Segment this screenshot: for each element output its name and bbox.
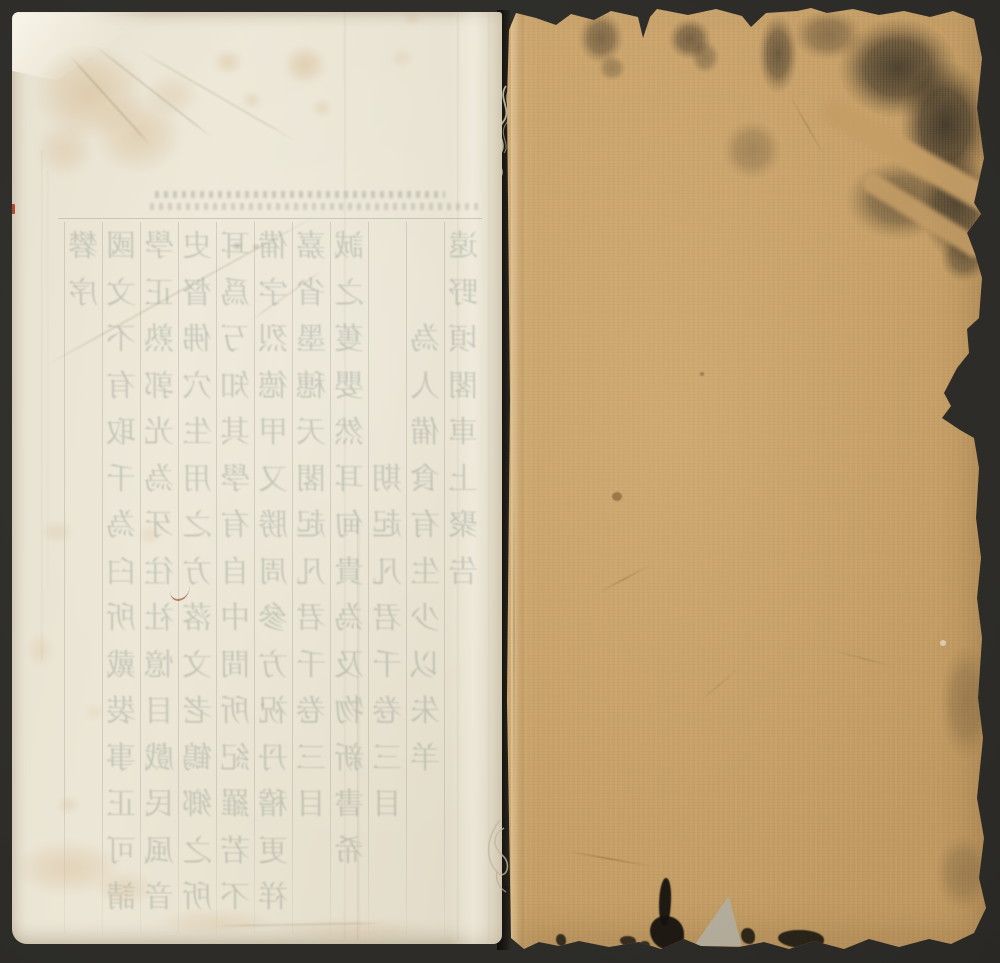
abrasion-band (859, 170, 988, 261)
foxing-stain (403, 12, 421, 25)
showthrough-character: 生 (407, 558, 443, 588)
showthrough-character: 之 (331, 279, 367, 309)
showthrough-character: 爲 (217, 279, 253, 309)
showthrough-character: 墨 (293, 325, 329, 355)
mottle-patch (940, 230, 988, 282)
showthrough-character: 方 (179, 558, 215, 588)
showthrough-character: 省 (293, 279, 329, 309)
showthrough-character: 告 (445, 558, 481, 588)
mottle-patch (758, 14, 798, 94)
showthrough-character: 紀 (217, 744, 253, 774)
showthrough-character: 甸 (331, 511, 367, 541)
showthrough-character: 方 (255, 651, 291, 681)
showthrough-character: 物 (331, 697, 367, 727)
foxing-stain (93, 95, 183, 175)
stain-dot (612, 492, 622, 501)
showthrough-character: 為 (407, 325, 443, 355)
showthrough-character: 老 (179, 697, 215, 727)
showthrough-character: 備 (407, 418, 443, 448)
showthrough-character: 貴 (331, 558, 367, 588)
mottle-patch (935, 835, 990, 910)
showthrough-character: 間 (217, 651, 253, 681)
showthrough-character: 取 (103, 418, 139, 448)
showthrough-character: 熟 (141, 325, 177, 355)
showthrough-character: 不 (217, 883, 253, 913)
showthrough-character: 羅 (217, 790, 253, 820)
showthrough-character: 目 (141, 697, 177, 727)
showthrough-character: 正 (141, 279, 177, 309)
showthrough-character: 正 (103, 790, 139, 820)
mottle-patch (845, 160, 955, 240)
showthrough-character: 郭 (141, 372, 177, 402)
showthrough-character: 祥 (255, 883, 291, 913)
showthrough-character: 光 (141, 418, 177, 448)
showthrough-character: 穴 (179, 372, 215, 402)
showthrough-character: 稽 (255, 790, 291, 820)
showthrough-character: 生 (179, 418, 215, 448)
surface-scratch (789, 96, 826, 158)
showthrough-character: 鄉 (179, 790, 215, 820)
showthrough-character: 文 (179, 651, 215, 681)
showthrough-character: 食 (407, 465, 443, 495)
showthrough-character: 祝 (255, 697, 291, 727)
showthrough-character: 用 (179, 465, 215, 495)
showthrough-character: 閣 (445, 372, 481, 402)
paper-crease (69, 55, 151, 146)
red-thread-mark (12, 204, 15, 214)
showthrough-character: 落 (179, 604, 215, 634)
showthrough-character: 誠 (331, 232, 367, 262)
showthrough-character: 佛 (179, 325, 215, 355)
showthrough-character: 不 (103, 325, 139, 355)
showthrough-character: 及 (331, 651, 367, 681)
showthrough-character: 卷 (369, 697, 405, 727)
showthrough-character: 音 (141, 883, 177, 913)
showthrough-stamp-texture (155, 191, 445, 198)
showthrough-character: 學 (217, 465, 253, 495)
stain-dot (700, 372, 704, 376)
showthrough-character: 又 (255, 465, 291, 495)
showthrough-character: 往 (141, 558, 177, 588)
showthrough-character: 為 (103, 511, 139, 541)
showthrough-character: 野 (445, 279, 481, 309)
showthrough-character: 三 (293, 744, 329, 774)
foxing-stain (390, 48, 414, 68)
abrasion-band (817, 95, 1000, 218)
book-scan-background: 礬序國文不有取千為臼所戴裝事正可請學正熟郭光為牙往社憶目戲民風音史督佛穴生用之方… (0, 0, 1000, 963)
right-cover-board (505, 8, 993, 950)
surface-scratch (565, 850, 654, 868)
showthrough-character: 之 (179, 511, 215, 541)
showthrough-character: 民 (141, 790, 177, 820)
paper-crease (47, 170, 49, 590)
ink-blotch (620, 936, 636, 946)
showthrough-character: 周 (255, 558, 291, 588)
showthrough-character: 目 (293, 790, 329, 820)
ink-blotch (741, 928, 755, 944)
showthrough-character: 千 (293, 651, 329, 681)
showthrough-character: 所 (103, 604, 139, 634)
foxing-stain (283, 45, 327, 85)
mottle-patch (838, 18, 958, 118)
showthrough-character: 嘉 (293, 232, 329, 262)
mottle-patch (722, 120, 782, 180)
paper-speck (940, 640, 946, 646)
mottle-patch (793, 10, 863, 60)
showthrough-character: 穗 (293, 372, 329, 402)
foxing-stain (144, 73, 200, 117)
showthrough-character: 更 (255, 837, 291, 867)
showthrough-frame-line (58, 218, 482, 219)
showthrough-character: 請 (103, 883, 139, 913)
showthrough-character: 人 (407, 372, 443, 402)
showthrough-character: 君 (293, 604, 329, 634)
mottle-patch (578, 12, 624, 64)
showthrough-character: 文 (103, 279, 139, 309)
showthrough-character: 可 (103, 837, 139, 867)
surface-scratch (699, 668, 739, 702)
showthrough-character: 學 (141, 232, 177, 262)
showthrough-character: 所 (179, 883, 215, 913)
showthrough-character: 凡 (293, 558, 329, 588)
showthrough-character: 千 (103, 465, 139, 495)
showthrough-character: 有 (103, 372, 139, 402)
showthrough-character: 上 (445, 465, 481, 495)
showthrough-character: 期 (369, 465, 405, 495)
surface-scratch (835, 650, 893, 667)
showthrough-character: 目 (369, 790, 405, 820)
paper-crease (94, 45, 213, 139)
ink-blotch (556, 934, 566, 946)
showthrough-character: 凡 (369, 558, 405, 588)
foxing-stain (35, 122, 95, 178)
showthrough-character: 有 (217, 511, 253, 541)
foxing-stain (213, 49, 243, 75)
showthrough-character: 戲 (141, 744, 177, 774)
showthrough-character: 其 (217, 418, 253, 448)
showthrough-character: 知 (217, 372, 253, 402)
showthrough-character: 朱 (407, 697, 443, 727)
left-flyleaf-page: 礬序國文不有取千為臼所戴裝事正可請學正熟郭光為牙往社憶目戲民風音史督佛穴生用之方… (12, 12, 502, 944)
showthrough-character: 所 (217, 697, 253, 727)
paper-patch-triangle (694, 896, 742, 946)
foxing-stain (242, 91, 262, 109)
mottle-patch (940, 645, 992, 760)
cover-spine-fold (511, 8, 525, 950)
showthrough-character: 希 (331, 837, 367, 867)
showthrough-character: 社 (141, 604, 177, 634)
mottle-patch (690, 40, 720, 74)
mottle-patch (598, 55, 626, 81)
showthrough-character: 事 (103, 744, 139, 774)
showthrough-character: 君 (369, 604, 405, 634)
mottle-patch (920, 150, 992, 260)
showthrough-character: 新 (331, 744, 367, 774)
showthrough-character: 字 (255, 279, 291, 309)
surface-scratch (598, 564, 652, 594)
showthrough-character: 丹 (255, 744, 291, 774)
showthrough-character: 少 (407, 604, 443, 634)
showthrough-stamp-texture (150, 203, 480, 210)
ink-blotch (640, 941, 650, 949)
ink-blotch (778, 930, 824, 948)
showthrough-character: 德 (255, 372, 291, 402)
showthrough-character: 聚 (445, 511, 481, 541)
ink-blotch (657, 878, 672, 927)
showthrough-character: 中 (217, 604, 253, 634)
showthrough-character: 風 (141, 837, 177, 867)
showthrough-character: 車 (445, 418, 481, 448)
showthrough-character: 國 (103, 232, 139, 262)
showthrough-character: 烈 (255, 325, 291, 355)
showthrough-character: 起 (369, 511, 405, 541)
showthrough-character: 之 (179, 837, 215, 867)
showthrough-character: 自 (217, 558, 253, 588)
showthrough-character: 為 (141, 465, 177, 495)
showthrough-character: 羊 (407, 744, 443, 774)
showthrough-character: 閣 (293, 465, 329, 495)
showthrough-character: 千 (369, 651, 405, 681)
showthrough-character: 牙 (141, 511, 177, 541)
showthrough-character: 遠 (445, 232, 481, 262)
showthrough-character: 三 (369, 744, 405, 774)
showthrough-character: 鶴 (179, 744, 215, 774)
showthrough-character: 勝 (255, 511, 291, 541)
showthrough-character: 卷 (293, 697, 329, 727)
showthrough-character: 耳 (331, 465, 367, 495)
showthrough-character: 參 (255, 604, 291, 634)
showthrough-character: 督 (179, 279, 215, 309)
showthrough-character: 耳 (217, 232, 253, 262)
showthrough-character: 有 (407, 511, 443, 541)
showthrough-character: 礬 (65, 232, 101, 262)
showthrough-character: 裝 (103, 697, 139, 727)
showthrough-character: 以 (407, 651, 443, 681)
crumpled-corner (12, 12, 162, 107)
foxing-stain (311, 98, 333, 118)
ink-blotch (650, 916, 684, 950)
showthrough-character: 憶 (141, 651, 177, 681)
showthrough-character: 天 (293, 418, 329, 448)
showthrough-character: 臼 (103, 558, 139, 588)
showthrough-character: 甲 (255, 418, 291, 448)
mottle-patch (668, 18, 712, 60)
showthrough-character: 史 (179, 232, 215, 262)
showthrough-character: 書 (331, 790, 367, 820)
mottle-patch (900, 60, 990, 190)
showthrough-character: 丂 (217, 325, 253, 355)
foxing-stain (26, 632, 54, 668)
showthrough-character: 若 (217, 837, 253, 867)
showthrough-character: 為 (331, 604, 367, 634)
paper-crease (140, 50, 297, 142)
showthrough-character: 頃 (445, 325, 481, 355)
showthrough-character: 序 (65, 279, 101, 309)
showthrough-character: 起 (293, 511, 329, 541)
showthrough-character: 嬰 (331, 372, 367, 402)
showthrough-character: 備 (255, 232, 291, 262)
paper-crease (41, 150, 43, 660)
showthrough-character: 然 (331, 418, 367, 448)
showthrough-character: 戴 (103, 651, 139, 681)
showthrough-character: 蒦 (331, 325, 367, 355)
